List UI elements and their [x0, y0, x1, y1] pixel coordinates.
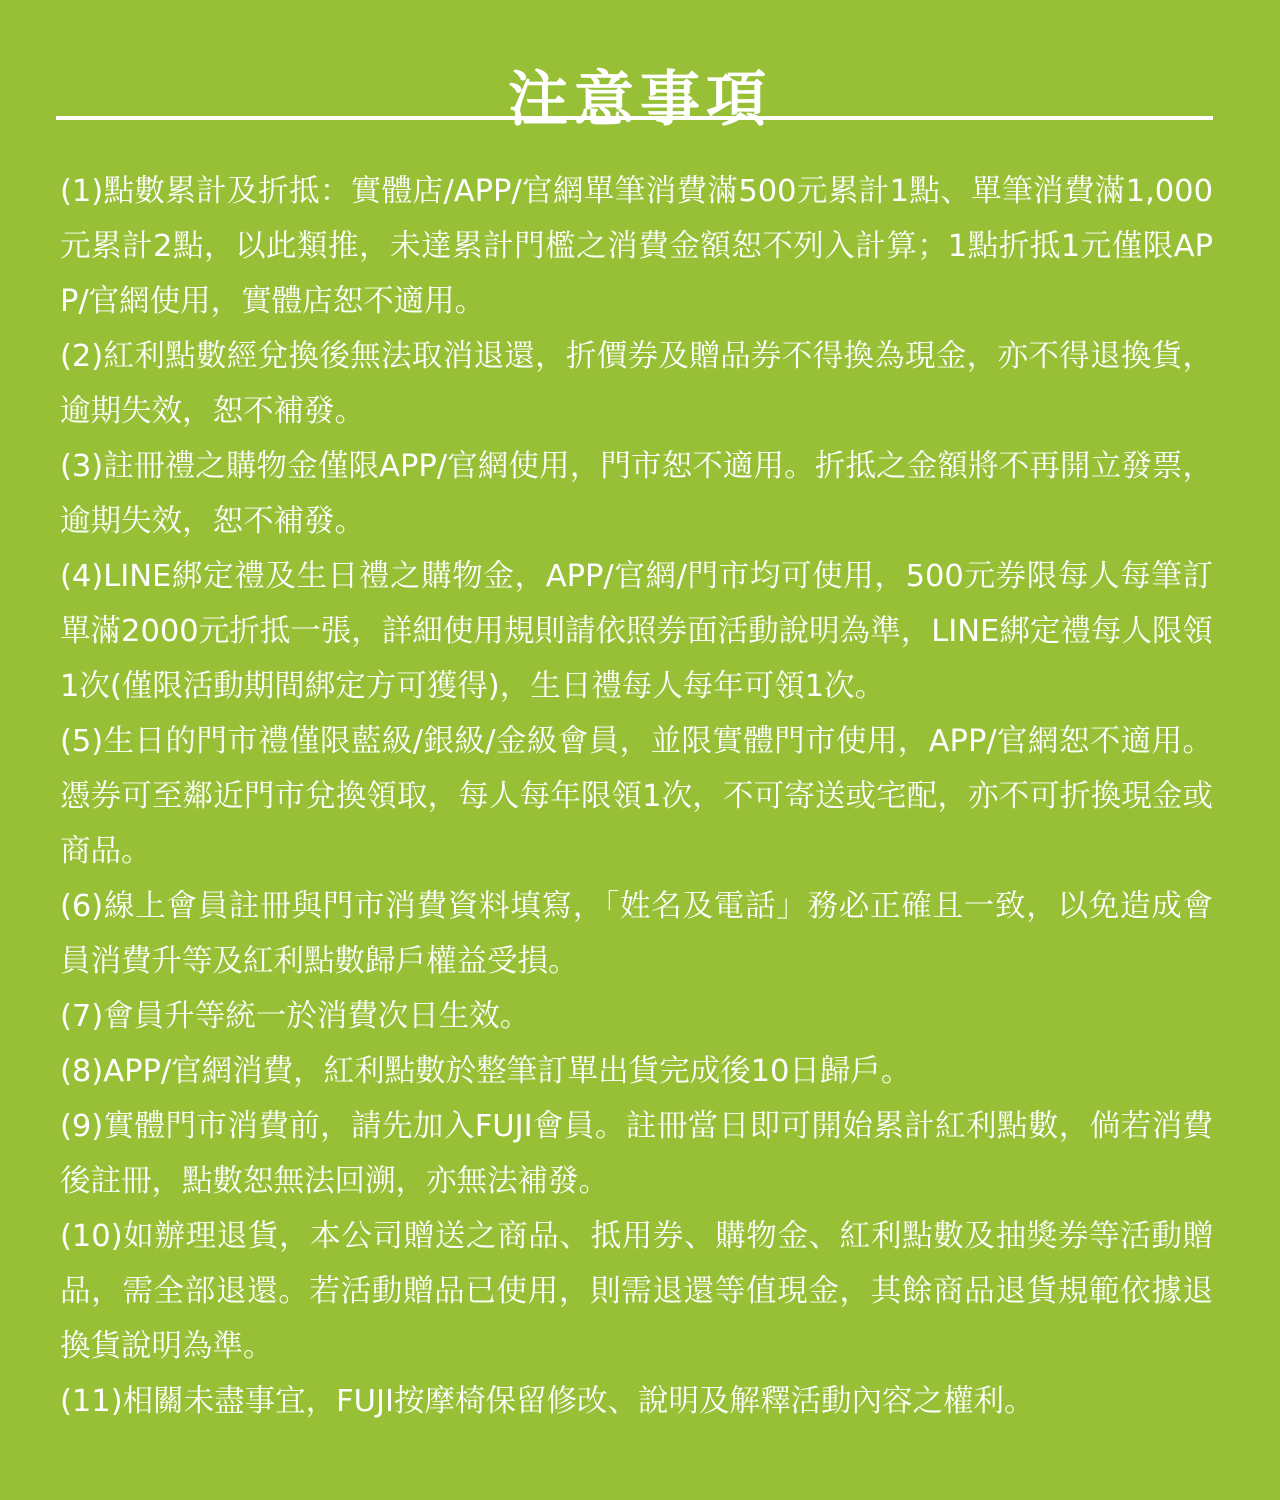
note-item-3: (3)註冊禮之購物金僅限APP/官網使用，門市恕不適用。折抵之金額將不再開立發票…	[60, 439, 1213, 549]
note-item-10: (10)如辦理退貨，本公司贈送之商品、抵用券、購物金、紅利點數及抽獎券等活動贈品…	[60, 1209, 1213, 1374]
page-title: 注意事項	[0, 62, 1280, 138]
note-item-1: (1)點數累計及折抵：實體店/APP/官網單筆消費滿500元累計1點、單筆消費滿…	[60, 164, 1213, 329]
notes-list: (1)點數累計及折抵：實體店/APP/官網單筆消費滿500元累計1點、單筆消費滿…	[60, 164, 1213, 1429]
note-item-4: (4)LINE綁定禮及生日禮之購物金，APP/官網/門市均可使用，500元券限每…	[60, 549, 1213, 714]
note-item-9: (9)實體門市消費前，請先加入FUJI會員。註冊當日即可開始累計紅利點數，倘若消…	[60, 1099, 1213, 1209]
title-divider	[56, 116, 1213, 120]
note-item-7: (7)會員升等統一於消費次日生效。	[60, 989, 1213, 1044]
note-item-11: (11)相關未盡事宜，FUJI按摩椅保留修改、說明及解釋活動內容之權利。	[60, 1374, 1213, 1429]
note-item-8: (8)APP/官網消費，紅利點數於整筆訂單出貨完成後10日歸戶。	[60, 1044, 1213, 1099]
note-item-5: (5)生日的門市禮僅限藍級/銀級/金級會員，並限實體門市使用，APP/官網恕不適…	[60, 714, 1213, 879]
note-item-6: (6)線上會員註冊與門市消費資料填寫，「姓名及電話」務必正確且一致，以免造成會員…	[60, 879, 1213, 989]
note-item-2: (2)紅利點數經兌換後無法取消退還，折價券及贈品券不得換為現金，亦不得退換貨，逾…	[60, 329, 1213, 439]
